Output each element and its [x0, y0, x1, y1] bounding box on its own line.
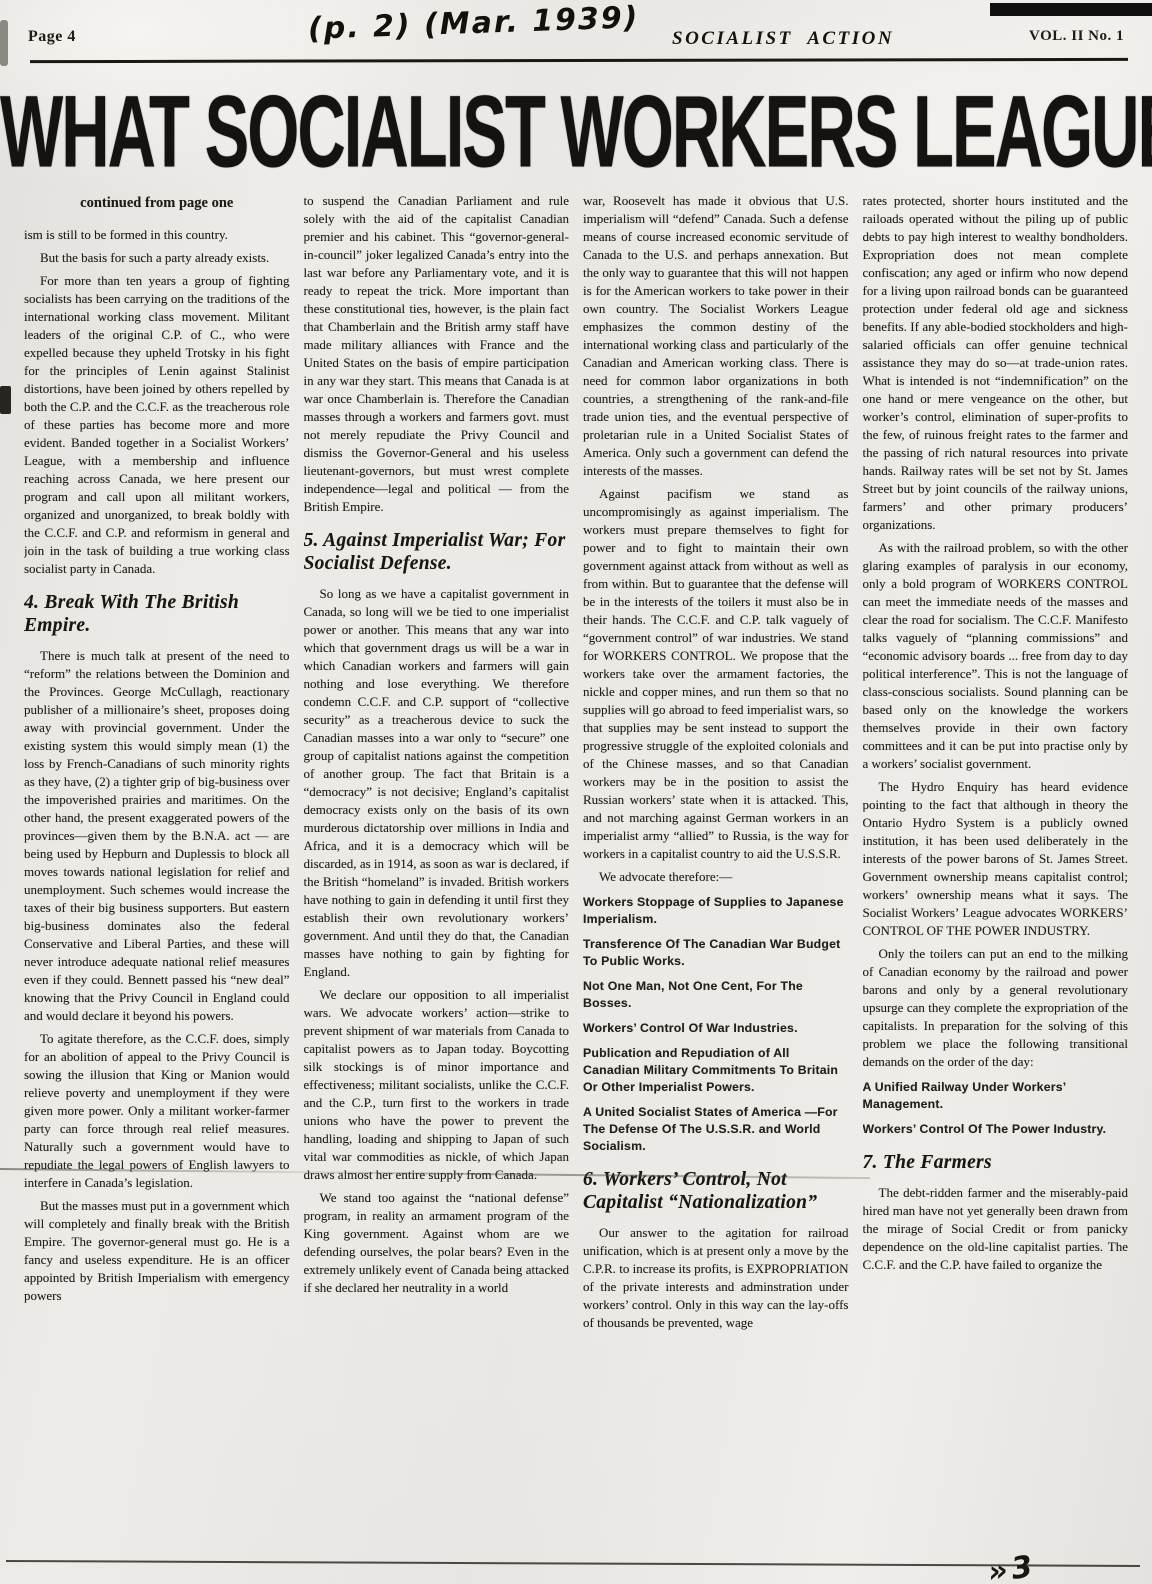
article-paragraph: So long as we have a capitalist governme… [304, 585, 570, 981]
continued-note: continued from page one [24, 194, 290, 212]
page-number-label: Page 4 [28, 28, 76, 46]
section-heading: 5. Against Imperialist War; For Socialis… [304, 529, 570, 575]
headline-banner: WHAT SOCIALIST WORKERS LEAGUE [0, 66, 1152, 188]
article-column-2: to suspend the Canadian Parliament and r… [304, 192, 570, 1562]
article-column-1: continued from page oneism is still to b… [24, 192, 290, 1562]
article-paragraph: But the masses must put in a government … [24, 1197, 290, 1305]
article-paragraph: For more than ten years a group of fight… [24, 272, 290, 578]
article-paragraph: As with the railroad problem, so with th… [863, 539, 1129, 773]
masthead-title: SOCIALIST ACTION [672, 28, 894, 50]
article-column-4: rates protected, shorter hours institute… [863, 192, 1129, 1562]
article-paragraph: We declare our opposition to all imperia… [304, 986, 570, 1184]
demand-item: Workers Stoppage of Supplies to Japanese… [583, 894, 849, 928]
article-paragraph: The debt-ridden farmer and the miserably… [863, 1184, 1129, 1274]
article-column-3: war, Roosevelt has made it obvious that … [583, 192, 849, 1562]
demand-item: Transference Of The Canadian War Budget … [583, 936, 849, 970]
article-paragraph: Against pacifism we stand as uncompromis… [583, 485, 849, 863]
article-paragraph: The Hydro Enquiry has heard evidence poi… [863, 778, 1129, 940]
article-paragraph: We stand too against the “national defen… [304, 1189, 570, 1297]
article-paragraph: to suspend the Canadian Parliament and r… [304, 192, 570, 516]
article-paragraph: war, Roosevelt has made it obvious that … [583, 192, 849, 480]
volume-label: VOL. II No. 1 [1029, 28, 1124, 45]
scan-artifact-left-blob [0, 386, 11, 414]
demand-item: Publication and Repudiation of All Canad… [583, 1045, 849, 1096]
demand-item: Workers’ Control Of The Power Industry. [863, 1121, 1129, 1138]
page-header: Page 4 (p. 2) (Mar. 1939) SOCIALIST ACTI… [0, 0, 1152, 66]
article-columns: continued from page oneism is still to b… [24, 192, 1128, 1562]
demand-item: Not One Man, Not One Cent, For The Bosse… [583, 978, 849, 1012]
demand-item: A United Socialist States of America —Fo… [583, 1104, 849, 1155]
handwritten-mark: »3 [986, 1549, 1039, 1584]
newspaper-page: Page 4 (p. 2) (Mar. 1939) SOCIALIST ACTI… [0, 0, 1152, 1584]
article-paragraph: We advocate therefore:— [583, 868, 849, 886]
article-paragraph: There is much talk at present of the nee… [24, 647, 290, 1025]
article-paragraph: ism is still to be formed in this countr… [24, 226, 290, 244]
section-heading: 7. The Farmers [863, 1151, 1129, 1174]
demand-item: Workers’ Control Of War Industries. [583, 1020, 849, 1037]
header-rule [30, 58, 1128, 63]
article-paragraph: But the basis for such a party already e… [24, 249, 290, 267]
article-paragraph: Our answer to the agitation for railroad… [583, 1224, 849, 1332]
handwritten-annotation: (p. 2) (Mar. 1939) [307, 0, 639, 47]
section-heading: 4. Break With The British Empire. [24, 591, 290, 637]
demand-item: A Unified Railway Under Workers’ Managem… [863, 1079, 1129, 1113]
article-paragraph: rates protected, shorter hours institute… [863, 192, 1129, 534]
article-paragraph: Only the toilers can put an end to the m… [863, 945, 1129, 1071]
page-title: WHAT SOCIALIST WORKERS LEAGUE [0, 74, 1152, 191]
